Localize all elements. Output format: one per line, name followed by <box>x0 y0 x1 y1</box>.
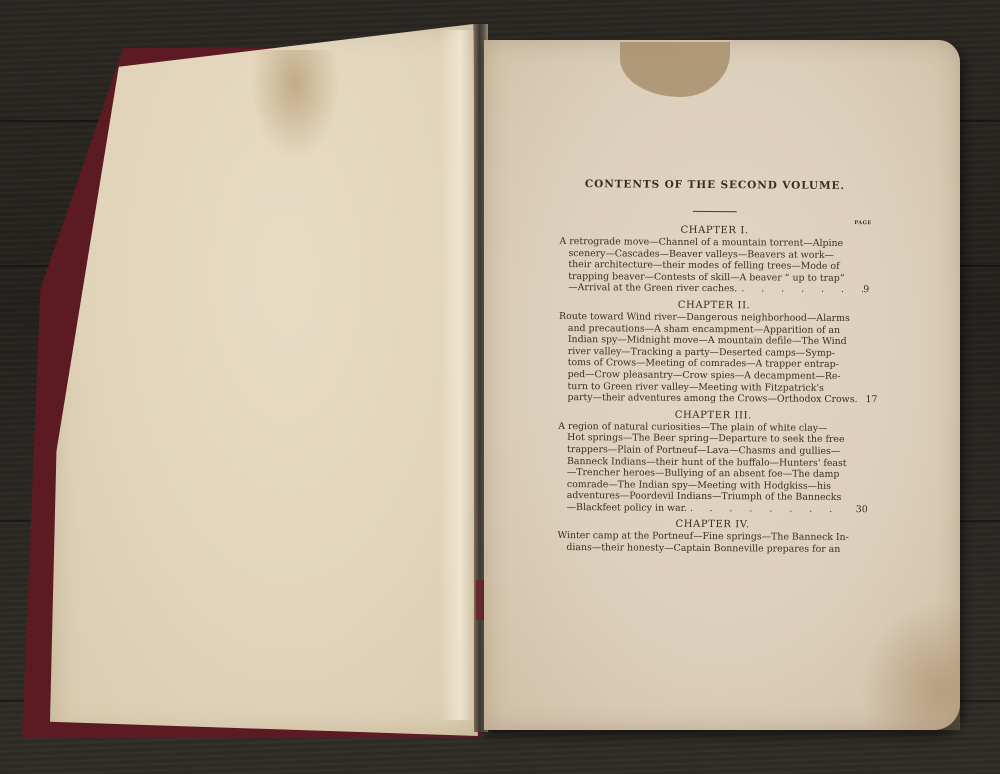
table-of-contents: CONTENTS OF THE SECOND VOLUME. PAGE CHAP… <box>557 178 870 556</box>
water-stain-bottom-right <box>860 600 960 730</box>
water-stain-left <box>250 50 340 160</box>
chapter-entry: CHAPTER II. Route toward Wind river—Dang… <box>558 299 869 406</box>
chapter-entry: CHAPTER I. A retrograde move—Channel of … <box>559 224 869 296</box>
chapter-heading: CHAPTER IV. <box>558 518 868 531</box>
chapter-summary: A region of natural curiosities—The plai… <box>558 421 869 516</box>
chapter-entry: CHAPTER IV. Winter camp at the Portneuf—… <box>557 518 867 555</box>
dot-leader: . . . . . . . <box>693 503 856 516</box>
chapter-heading: CHAPTER II. <box>559 299 869 312</box>
chapter-heading: CHAPTER III. <box>558 409 868 422</box>
page-number: 30 <box>856 504 868 516</box>
page-number: 17 <box>865 394 877 406</box>
summary-line: —Blackfeet policy in war. . <box>567 502 693 514</box>
summary-line: party—their adventures among the Crows—O… <box>567 392 857 406</box>
title-rule <box>693 211 737 212</box>
chapter-summary: A retrograde move—Channel of a mountain … <box>559 236 869 296</box>
chapter-heading: CHAPTER I. <box>560 224 870 237</box>
summary-last-line: —Blackfeet policy in war. . . . . . . . … <box>558 502 868 516</box>
chapter-summary: Route toward Wind river—Dangerous neighb… <box>558 311 869 406</box>
chapter-entry: CHAPTER III. A region of natural curiosi… <box>558 409 869 516</box>
contents-title: CONTENTS OF THE SECOND VOLUME. <box>560 178 870 192</box>
dot-leader: . . . . . . . <box>737 284 863 296</box>
chapter-summary: Winter camp at the Portneuf—Fine springs… <box>557 530 867 555</box>
summary-line: dians—their honesty—Captain Bonneville p… <box>557 542 867 556</box>
page-number: 9 <box>863 284 869 296</box>
spine-binding-fragment <box>476 580 484 620</box>
summary-last-line: party—their adventures among the Crows—O… <box>558 392 868 406</box>
dot-leader <box>857 394 865 406</box>
summary-last-line: —Arrival at the Green river caches. . . … <box>559 282 869 296</box>
summary-line: —Arrival at the Green river caches. <box>568 282 737 295</box>
